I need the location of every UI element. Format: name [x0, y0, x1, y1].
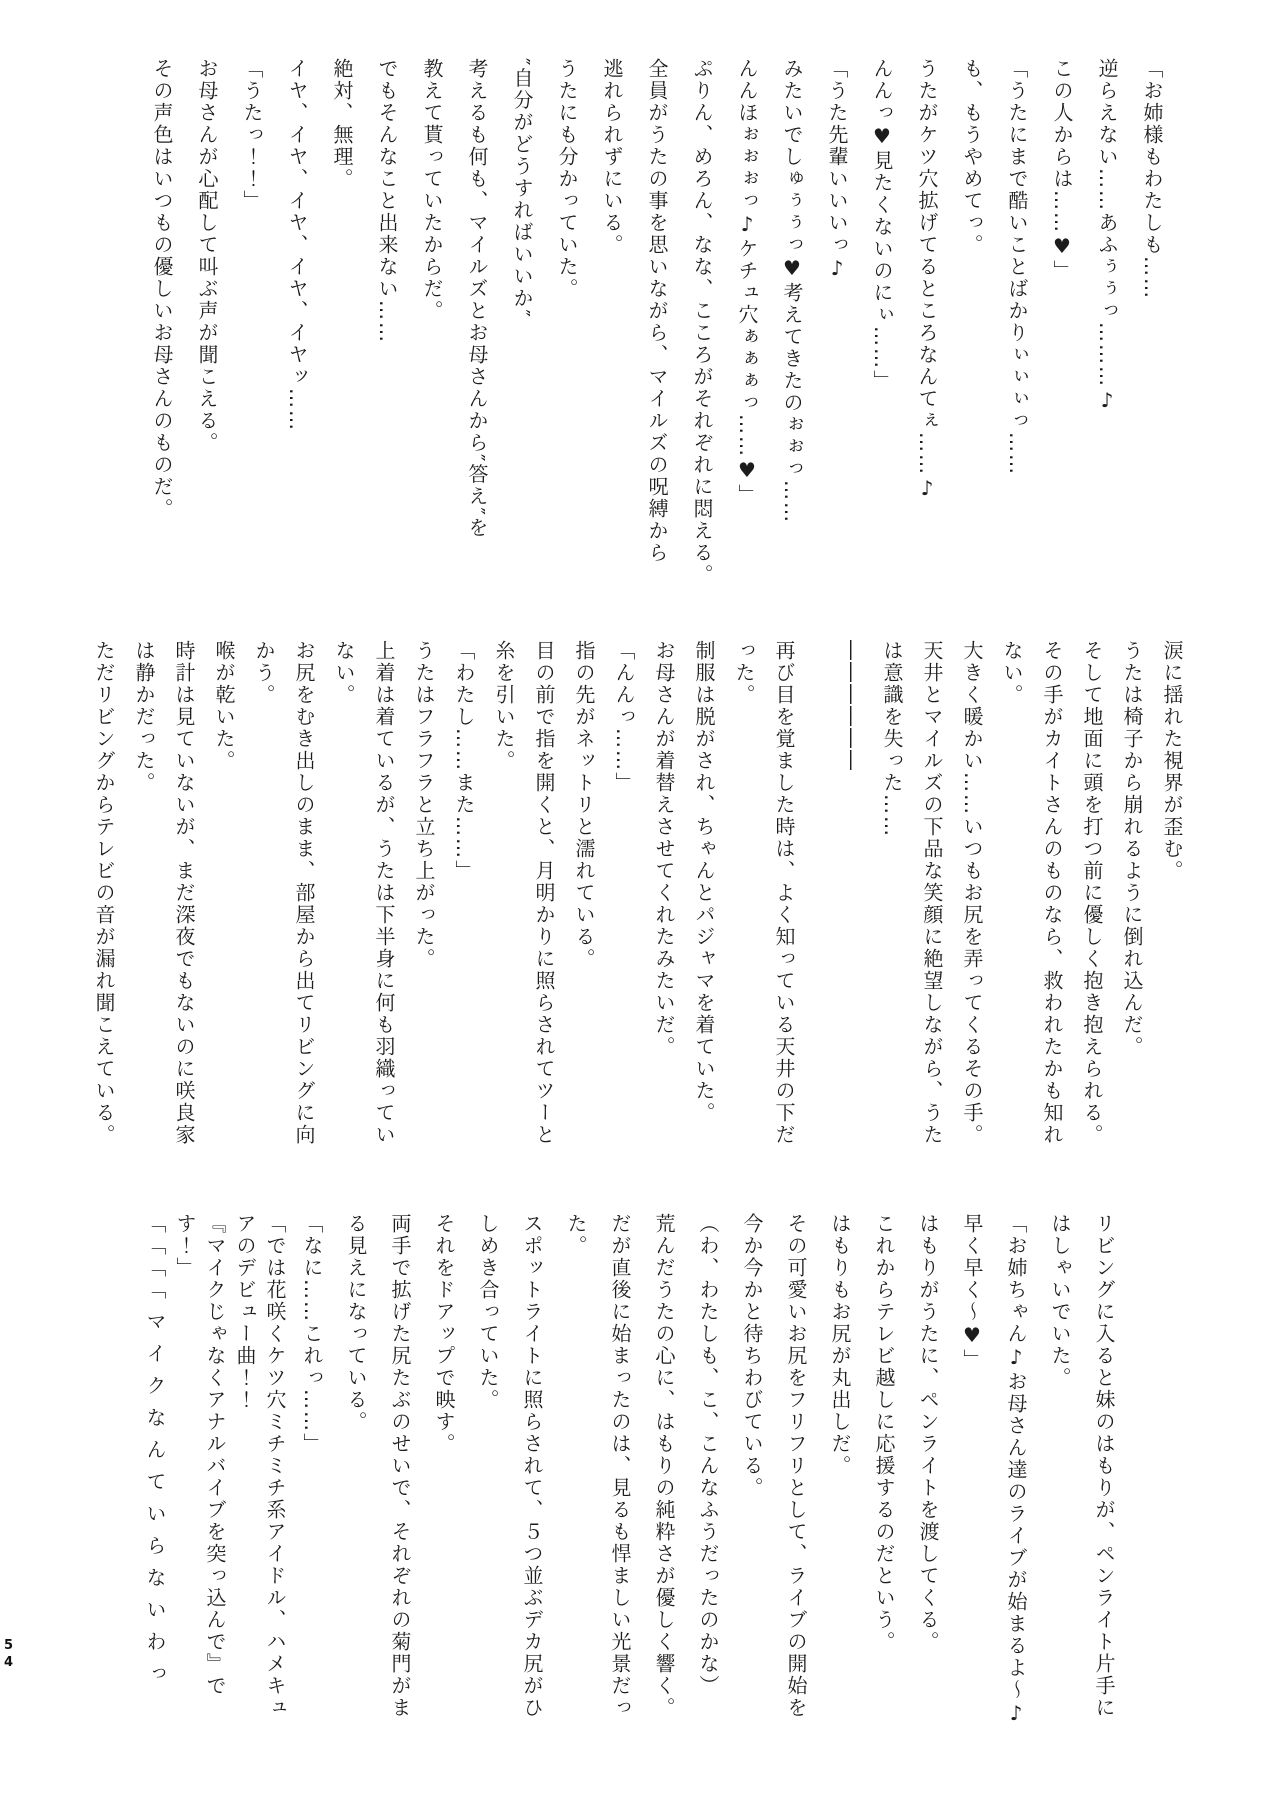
text-line: も、もうやめてっ。	[949, 58, 994, 623]
text-line: 「うたっ！！」	[229, 58, 274, 623]
text-line: みたいでしゅぅぅっ♥考えてきたのぉぉっ……	[769, 58, 814, 623]
text-line: うたにも分かっていた。	[544, 58, 589, 623]
text-line: だが直後に始まったのは、見るも悍ましい光景だっ	[598, 1213, 642, 1805]
text-line: これからテレビ越しに応援するのだという。	[862, 1213, 906, 1805]
text-line: 全員がうたの事を思いながら、マイルズの呪縛から	[634, 58, 679, 623]
text-line: かう。	[244, 640, 284, 1180]
text-line: はしゃいでいた。	[1038, 1213, 1082, 1805]
text-line: 指の先がネットリと濡れている。	[564, 640, 604, 1180]
text-line: 逆らえない……あふぅぅっ………♪	[1084, 58, 1129, 623]
text-line: その声色はいつもの優しいお母さんのものだ。	[139, 58, 184, 623]
text-line: 涙に揺れた視界が歪む。	[1152, 640, 1192, 1180]
text-line: この人からは……♥」	[1039, 58, 1084, 623]
text-line: はもりがうたに、ペンライトを渡してくる。	[906, 1213, 950, 1805]
text-line: しめき合っていた。	[466, 1213, 510, 1805]
text-line: ただリビングからテレビの音が漏れ聞こえている。	[84, 640, 124, 1180]
text-line: は静かだった。	[124, 640, 164, 1180]
text-line: ぷりん、めろん、なな、こころがそれぞれに悶える。	[679, 58, 724, 623]
text-line: 大きく暖かい……いつもお尻を弄ってくるその手。	[952, 640, 992, 1180]
text-line: アのデビュー曲！！	[230, 1213, 260, 1805]
text-line: 「なに……これっ……」	[290, 1213, 334, 1805]
text-line: る見えになっている。	[334, 1213, 378, 1805]
text-line: 今か今かと待ちわびている。	[730, 1213, 774, 1805]
text-line: リビングに入ると妹のはもりが、ペンライト片手に	[1082, 1213, 1126, 1805]
text-band-bottom: リビングに入ると妹のはもりが、ペンライト片手にはしゃいでいた。「お姉ちゃん♪お母…	[140, 1213, 1126, 1805]
text-line: その手がカイトさんのものなら、救われたかも知れ	[1032, 640, 1072, 1180]
text-line: 『マイクじゃなくアナルバイブを突っ込んで』で	[200, 1213, 230, 1805]
page-number: 54	[1, 1638, 16, 1672]
text-line: 目の前で指を開くと、月明かりに照らされてツーと	[524, 640, 564, 1180]
text-line: は意識を失った……	[872, 640, 912, 1180]
text-line: 制服は脱がされ、ちゃんとパジャマを着ていた。	[684, 640, 724, 1180]
text-line: 荒んだうたの心に、はもりの純粋さが優しく響く。	[642, 1213, 686, 1805]
text-line: 「では花咲くケツ穴ミチミチ系アイドル、ハメキュ	[260, 1213, 290, 1805]
text-line: んんほぉぉぉっ♪ケチュ穴ぁぁぁっ……♥」	[724, 58, 769, 623]
text-line: 「んんっ……」	[604, 640, 644, 1180]
text-line: うたはフラフラと立ち上がった。	[404, 640, 444, 1180]
text-line: （わ、わたしも、こ、こんなふうだったのかな）	[686, 1213, 730, 1805]
text-line: 「うたにまで酷いことばかりぃぃぃっ……	[994, 58, 1039, 623]
text-line: 早く早く〜♥」	[950, 1213, 994, 1805]
text-line: お尻をむき出しのまま、部屋から出てリビングに向	[284, 640, 324, 1180]
text-line: 「「「「マイクなんていらないわっ	[140, 1213, 170, 1805]
text-line: でもそんなこと出来ない……	[364, 58, 409, 623]
text-line: 両手で拡げた尻たぶのせいで、それぞれの菊門がま	[378, 1213, 422, 1805]
text-line: その可愛いお尻をフリフリとして、ライブの開始を	[774, 1213, 818, 1805]
text-line: お母さんが着替えさせてくれたみたいだ。	[644, 640, 684, 1180]
text-line: 教えて貰っていたからだ。	[409, 58, 454, 623]
text-line: 上着は着ているが、うたは下半身に何も羽織ってい	[364, 640, 404, 1180]
text-line: 喉が乾いた。	[204, 640, 244, 1180]
text-line: 「わたし……また……」	[444, 640, 484, 1180]
text-line: ない。	[992, 640, 1032, 1180]
text-line: ない。	[324, 640, 364, 1180]
text-line: お母さんが心配して叫ぶ声が聞こえる。	[184, 58, 229, 623]
text-line: はもりもお尻が丸出しだ。	[818, 1213, 862, 1805]
text-band-top: 「お姉様もわたしも……逆らえない……あふぅぅっ………♪この人からは……♥」「うた…	[139, 58, 1174, 623]
text-line: んんっ♥見たくないのにぃ……」	[859, 58, 904, 623]
text-line: 天井とマイルズの下品な笑顔に絶望しながら、うた	[912, 640, 952, 1180]
text-line: 考えるも何も、マイルズとお母さんから″答え″を	[454, 58, 499, 623]
text-line: 時計は見ていないが、まだ深夜でもないのに咲良家	[164, 640, 204, 1180]
novel-page: 「お姉様もわたしも……逆らえない……あふぅぅっ………♪この人からは……♥」「うた…	[0, 0, 1280, 1808]
text-line: うたがケツ穴拡げてるところなんてぇ……♪	[904, 58, 949, 623]
text-line: 絶対、無理。	[319, 58, 364, 623]
text-line: 糸を引いた。	[484, 640, 524, 1180]
text-line: 「お姉ちゃん♪お母さん達のライブが始まるよ〜♪	[994, 1213, 1038, 1805]
text-line: た。	[554, 1213, 598, 1805]
text-line: 「うた先輩いいいっ♪	[814, 58, 859, 623]
text-line: うたは椅子から崩れるように倒れ込んだ。	[1112, 640, 1152, 1180]
text-line: スポットライトに照らされて、５つ並ぶデカ尻がひ	[510, 1213, 554, 1805]
text-band-middle: 涙に揺れた視界が歪む。うたは椅子から崩れるように倒れ込んだ。そして地面に頭を打つ…	[84, 640, 1192, 1180]
text-line: す！」	[170, 1213, 200, 1805]
text-line: った。	[724, 640, 764, 1180]
text-line: そして地面に頭を打つ前に優しく抱き抱えられる。	[1072, 640, 1112, 1180]
text-line: 再び目を覚ました時は、よく知っている天井の下だ	[764, 640, 804, 1180]
text-line: それをドアップで映す。	[422, 1213, 466, 1805]
text-line: ――――――	[832, 640, 872, 1180]
text-line: 「お姉様もわたしも……	[1129, 58, 1174, 623]
text-line: イヤ、イヤ、イヤ、イヤ、イヤッ……	[274, 58, 319, 623]
text-line: ″自分がどうすればいいか″	[499, 58, 544, 623]
text-line: 逃れられずにいる。	[589, 58, 634, 623]
